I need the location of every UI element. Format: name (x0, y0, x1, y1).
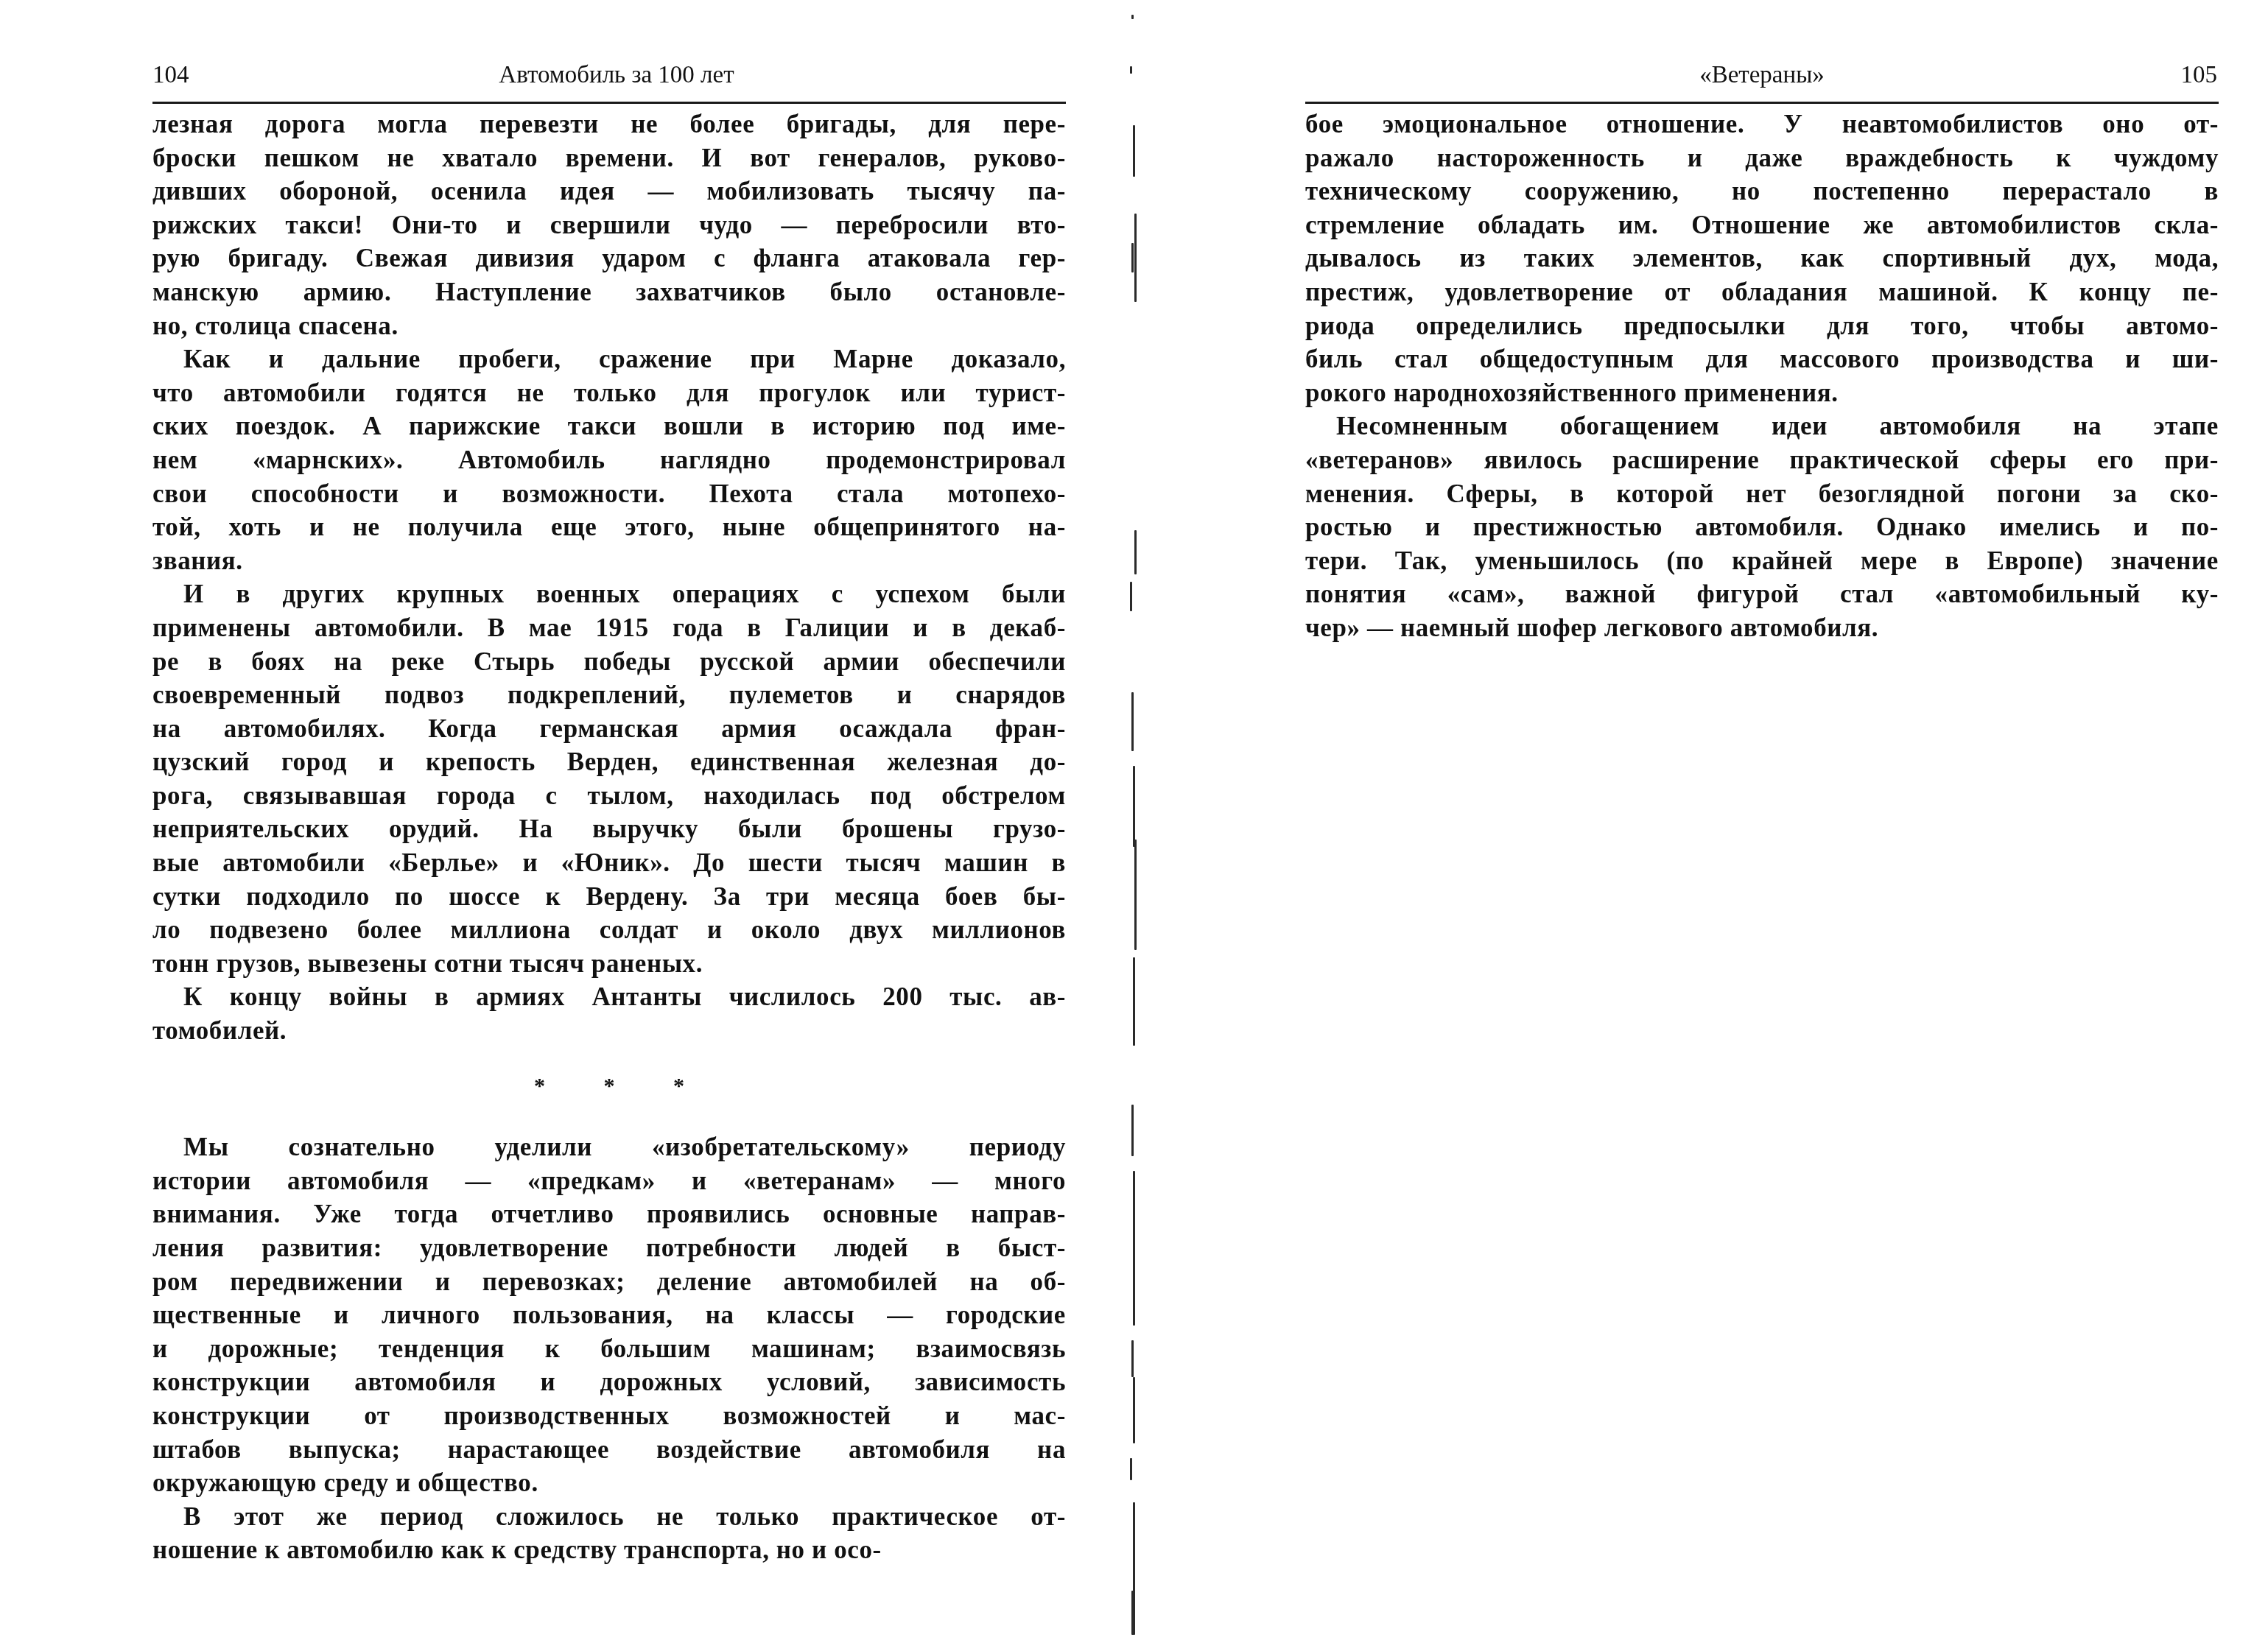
paragraph: К концу войны в армиях Антанты числилось… (152, 980, 1066, 1047)
body-text: бое эмоциональное отношение. У неавтомоб… (1305, 108, 2219, 645)
text-line: К концу войны в армиях Антанты числилось… (152, 980, 1066, 1014)
scan-artifact (1133, 1377, 1135, 1443)
text-line: тери. Так, уменьшилось (по крайней мере … (1305, 544, 2219, 578)
text-line: менения. Сферы, в которой нет безоглядно… (1305, 477, 2219, 511)
text-line: ло подвезено более миллиона солдат и око… (152, 913, 1066, 947)
text-line: чер» — наемный шофер легкового автомобил… (1305, 611, 2219, 645)
scan-artifact (1133, 766, 1135, 847)
text-line: дывалось из таких элементов, как спортив… (1305, 242, 2219, 275)
text-line: применены автомобили. В мае 1915 года в … (152, 611, 1066, 645)
text-line: лезная дорога могла перевезти не более б… (152, 108, 1066, 141)
book-gutter-shadow (1126, 0, 1155, 1640)
text-line: ростью и престижностью автомобиля. Однак… (1305, 510, 2219, 544)
text-line: риода определились предпосылки для того,… (1305, 309, 2219, 343)
text-line: штабов выпуска; нарастающее воздействие … (152, 1433, 1066, 1467)
text-line: В этот же период сложилось не только пра… (152, 1500, 1066, 1534)
text-line: рокого народнохозяйственного применения. (1305, 376, 2219, 410)
text-line: конструкции автомобиля и дорожных услови… (152, 1365, 1066, 1399)
text-line: Как и дальние пробеги, сражение при Марн… (152, 342, 1066, 376)
text-line: биль стал общедоступным для массового пр… (1305, 342, 2219, 376)
text-line: рую бригаду. Свежая дивизия ударом с фла… (152, 242, 1066, 275)
text-line: томобилей. (152, 1014, 1066, 1048)
running-head: 104 Автомобиль за 100 лет (152, 60, 1066, 90)
text-line: стремление обладать им. Отношение же авт… (1305, 208, 2219, 242)
text-line: ражало настороженность и даже враждебнос… (1305, 141, 2219, 175)
text-line: нем «марнских». Автомобиль наглядно прод… (152, 443, 1066, 477)
text-line: техническому сооружению, но постепенно п… (1305, 175, 2219, 208)
running-head: «Ветераны» 105 (1305, 60, 2219, 90)
text-line: на автомобилях. Когда германская армия о… (152, 712, 1066, 746)
paragraph: Как и дальние пробеги, сражение при Марн… (152, 342, 1066, 577)
text-line: и дорожные; тенденция к большим машинам;… (152, 1332, 1066, 1366)
paragraph: Несомненным обогащением идеи автомобиля … (1305, 409, 2219, 644)
scan-artifact (1131, 15, 1134, 19)
text-line: рижских такси! Они-то и свершили чудо — … (152, 208, 1066, 242)
scan-artifact (1130, 582, 1132, 611)
text-line: неприятельских орудий. На выручку были б… (152, 812, 1066, 846)
paragraph: бое эмоциональное отношение. У неавтомоб… (1305, 108, 2219, 409)
text-line: бое эмоциональное отношение. У неавтомоб… (1305, 108, 2219, 141)
spacer (152, 1048, 1066, 1064)
right-page: «Ветераны» 105 бое эмоциональное отношен… (1305, 0, 2219, 1640)
page-number: 105 (2181, 60, 2218, 90)
scan-artifact (1133, 125, 1135, 177)
text-line: своевременный подвоз подкреплений, пулем… (152, 678, 1066, 712)
text-line: дивших обороной, осенила идея — мобилизо… (152, 175, 1066, 208)
scan-artifact (1133, 1171, 1135, 1326)
header-rule (1305, 102, 2219, 104)
scan-artifact (1134, 214, 1137, 302)
text-line: «ветеранов» явилось расширение практичес… (1305, 443, 2219, 477)
text-line: что автомобили годятся не только для про… (152, 376, 1066, 410)
paragraph: Мы сознательно уделили «изобретательском… (152, 1130, 1066, 1500)
text-line: престиж, удовлетворение от обладания маш… (1305, 275, 2219, 309)
text-line: манскую армию. Наступление захватчиков б… (152, 275, 1066, 309)
scan-artifact (1133, 957, 1135, 1046)
spacer (152, 1097, 1066, 1130)
text-line: Мы сознательно уделили «изобретательском… (152, 1130, 1066, 1164)
text-line: внимания. Уже тогда отчетливо проявились… (152, 1197, 1066, 1231)
text-line: звания. (152, 544, 1066, 578)
scan-artifact (1134, 840, 1137, 950)
text-line: вые автомобили «Берлье» и «Юник». До шес… (152, 846, 1066, 880)
text-line: ских поездок. А парижские такси вошли в … (152, 409, 1066, 443)
scan-artifact (1131, 1591, 1134, 1635)
header-rule (152, 102, 1066, 104)
text-line: но, столица спасена. (152, 309, 1066, 343)
text-line: ром передвижении и перевозках; деление а… (152, 1265, 1066, 1299)
text-line: рога, связывавшая города с тылом, находи… (152, 779, 1066, 813)
text-line: окружающую среду и общество. (152, 1466, 1066, 1500)
text-line: цузский город и крепость Верден, единств… (152, 745, 1066, 779)
paragraph: лезная дорога могла перевезти не более б… (152, 108, 1066, 342)
section-separator: * * * (152, 1064, 1066, 1098)
left-page: 104 Автомобиль за 100 лет лезная дорога … (152, 0, 1066, 1640)
text-line: И в других крупных военных операциях с у… (152, 577, 1066, 611)
body-text: лезная дорога могла перевезти не более б… (152, 108, 1066, 1567)
running-title: Автомобиль за 100 лет (152, 60, 1066, 90)
scan-artifact (1134, 530, 1137, 574)
text-line: понятия «сам», важной фигурой стал «авто… (1305, 577, 2219, 611)
text-line: сутки подходило по шоссе к Вердену. За т… (152, 880, 1066, 914)
scan-artifact (1130, 1458, 1132, 1480)
text-line: ре в боях на реке Стырь победы русской а… (152, 645, 1066, 679)
paragraph: И в других крупных военных операциях с у… (152, 577, 1066, 980)
text-line: щественные и личного пользования, на кла… (152, 1298, 1066, 1332)
text-line: свои способности и возможности. Пехота с… (152, 477, 1066, 511)
scan-artifact (1131, 1340, 1134, 1377)
scan-artifact (1131, 243, 1134, 272)
text-line: ления развития: удовлетворение потребнос… (152, 1231, 1066, 1265)
text-line: Несомненным обогащением идеи автомобиля … (1305, 409, 2219, 443)
scan-artifact (1131, 692, 1134, 751)
text-line: истории автомобиля — «предкам» и «ветера… (152, 1164, 1066, 1198)
paragraph: В этот же период сложилось не только пра… (152, 1500, 1066, 1567)
scan-artifact (1131, 1105, 1134, 1156)
text-line: той, хоть и не получила еще этого, ныне … (152, 510, 1066, 544)
running-title: «Ветераны» (1305, 60, 2219, 90)
text-line: тонн грузов, вывезены сотни тысяч ранены… (152, 947, 1066, 981)
scan-artifact (1130, 66, 1132, 74)
text-line: конструкции от производственных возможно… (152, 1399, 1066, 1433)
text-line: ношение к автомобилю как к средству тран… (152, 1533, 1066, 1567)
text-line: броски пешком не хватало времени. И вот … (152, 141, 1066, 175)
